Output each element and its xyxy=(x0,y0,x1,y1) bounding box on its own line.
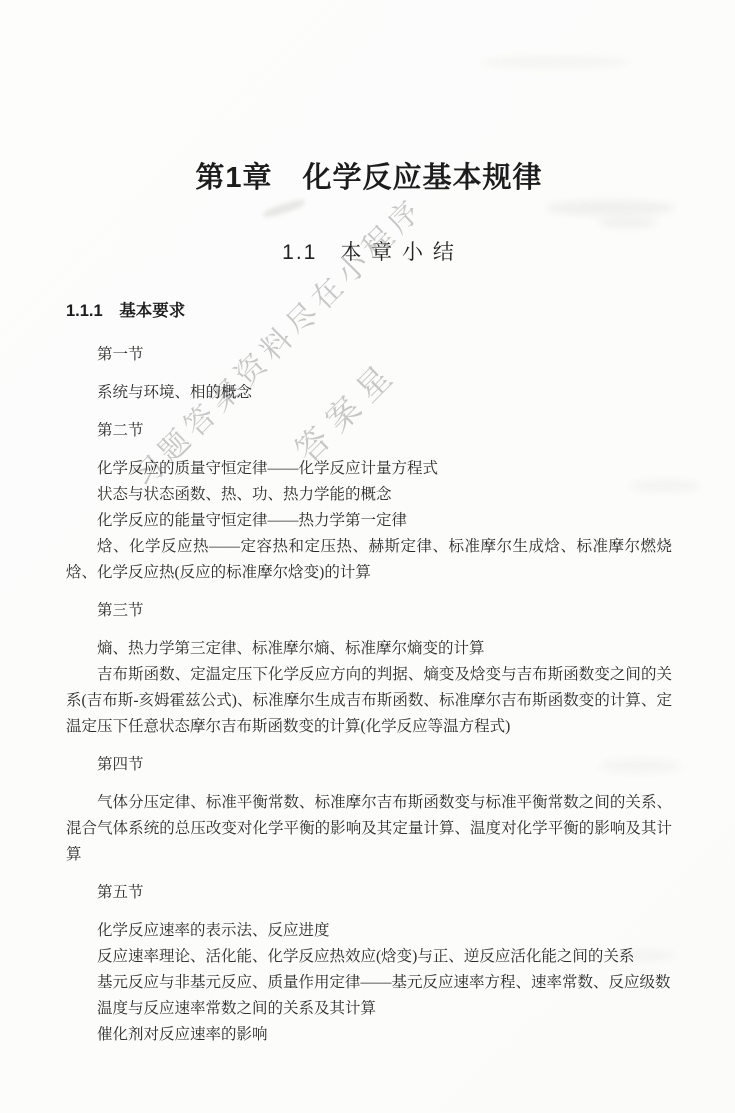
requirement-paragraph: 催化剂对反应速率的影响 xyxy=(66,1022,672,1048)
requirement-paragraph: 基元反应与非基元反应、质量作用定律——基元反应速率方程、速率常数、反应级数 xyxy=(66,970,672,996)
scanned-book-page: 习题答案资料尽在小程序 答案星 第1章 化学反应基本规律 1.1 本 章 小 结… xyxy=(0,0,735,1113)
requirement-paragraph: 状态与状态函数、热、功、热力学能的概念 xyxy=(66,482,672,508)
section-heading-3: 第三节 xyxy=(66,598,672,624)
requirement-paragraph: 化学反应速率的表示法、反应进度 xyxy=(66,918,672,944)
requirement-paragraph: 气体分压定律、标准平衡常数、标准摩尔吉布斯函数变与标准平衡常数之间的关系、混合气… xyxy=(66,790,672,868)
requirement-paragraph: 熵、热力学第三定律、标准摩尔熵、标准摩尔熵变的计算 xyxy=(66,636,672,662)
requirement-paragraph: 化学反应的能量守恒定律——热力学第一定律 xyxy=(66,508,672,534)
section-heading-4: 第四节 xyxy=(66,752,672,778)
chapter-title: 第1章 化学反应基本规律 xyxy=(66,160,672,196)
section-heading-1: 第一节 xyxy=(66,342,672,368)
subsection-title: 1.1.1 基本要求 xyxy=(66,300,672,322)
requirement-paragraph: 化学反应的质量守恒定律——化学反应计量方程式 xyxy=(66,456,672,482)
requirement-paragraph: 温度与反应速率常数之间的关系及其计算 xyxy=(66,996,672,1022)
page-content: 第1章 化学反应基本规律 1.1 本 章 小 结 1.1.1 基本要求 第一节 … xyxy=(0,0,735,1048)
requirement-paragraph: 系统与环境、相的概念 xyxy=(66,380,672,406)
section-title: 1.1 本 章 小 结 xyxy=(66,240,672,266)
requirement-paragraph: 反应速率理论、活化能、化学反应热效应(焓变)与正、逆反应活化能之间的关系 xyxy=(66,944,672,970)
section-heading-2: 第二节 xyxy=(66,418,672,444)
requirement-paragraph: 吉布斯函数、定温定压下化学反应方向的判据、熵变及焓变与吉布斯函数变之间的关系(吉… xyxy=(66,662,672,740)
section-heading-5: 第五节 xyxy=(66,880,672,906)
requirement-paragraph: 焓、化学反应热——定容热和定压热、赫斯定律、标准摩尔生成焓、标准摩尔燃烧焓、化学… xyxy=(66,534,672,586)
requirements-list: 第一节 系统与环境、相的概念 第二节 化学反应的质量守恒定律——化学反应计量方程… xyxy=(66,342,672,1048)
